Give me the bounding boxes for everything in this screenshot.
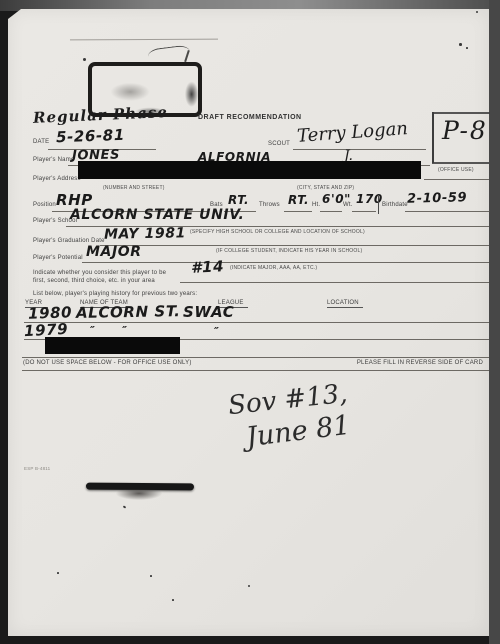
ink-dot	[150, 575, 152, 577]
ink-dot	[83, 58, 86, 61]
history-row-1980-team: ALCORN ST.	[76, 302, 181, 322]
scan-smudge-blob	[116, 489, 162, 500]
throws-value: RT.	[288, 193, 309, 207]
school-value: ALCORN STATE UNIV.	[70, 207, 244, 223]
ink-dot	[466, 47, 468, 49]
ink-dot	[57, 572, 59, 574]
footer-bottom-rule	[22, 370, 489, 371]
address-redaction-bar	[78, 161, 421, 179]
office-box-top-rule	[432, 112, 490, 114]
choice-label-line1: Indicate whether you consider this playe…	[33, 270, 166, 276]
birthdate-underline	[405, 211, 490, 212]
footer-office-note: (DO NOT USE SPACE BELOW - FOR OFFICE USE…	[23, 360, 192, 366]
graduation-value: MAY 1981	[104, 225, 186, 242]
graduation-hint: (IF COLLEGE STUDENT, INDICATE HIS YEAR I…	[216, 248, 362, 254]
position-label: Position	[33, 202, 56, 208]
height-label: Ht.	[312, 202, 320, 208]
history-row-1979-team-ditto: ″ ″	[90, 324, 128, 337]
player-name-label: Player's Name	[33, 157, 74, 163]
ink-dot	[172, 599, 174, 601]
office-code: P-8	[442, 116, 488, 145]
choice-label-line2: first, second, third choice, etc. in you…	[33, 278, 155, 284]
weight-label: Wt.	[343, 202, 353, 208]
history-row-1980-league: SWAC	[183, 303, 234, 321]
potential-underline	[82, 262, 489, 263]
history-row-1979-league-ditto: ″	[214, 325, 220, 338]
ink-dot	[459, 43, 462, 46]
ink-dot	[248, 585, 250, 587]
footer-reverse-note: PLEASE FILL IN REVERSE SIDE OF CARD	[330, 360, 483, 366]
footer-top-rule	[22, 357, 489, 358]
office-box-left-rule	[432, 112, 434, 163]
address-hint-street: (NUMBER AND STREET)	[103, 185, 165, 191]
throws-label: Throws	[259, 202, 280, 208]
ink-dot	[476, 11, 478, 13]
player-address-label: Player's Address	[33, 176, 81, 182]
choice-value: #14	[191, 257, 225, 277]
form-number: ESP B-4811	[24, 466, 50, 471]
birthdate-value: 2-10-59	[407, 190, 468, 207]
graduation-underline	[100, 245, 489, 246]
date-label: DATE	[33, 139, 49, 145]
history-row-1980-underline	[24, 322, 489, 323]
potential-value: MAJOR	[86, 244, 142, 260]
office-box-bottom-rule	[432, 162, 489, 164]
potential-label: Player's Potential	[33, 255, 83, 261]
office-use-caption: (OFFICE USE)	[438, 167, 474, 173]
address-hint-city: (CITY, STATE AND ZIP)	[297, 185, 354, 191]
school-hint: (SPECIFY HIGH SCHOOL OR COLLEGE AND LOCA…	[190, 229, 365, 235]
card-title: DRAFT RECOMMENDATION	[198, 114, 302, 121]
bats-value: RT.	[228, 193, 249, 207]
birthdate-divider	[378, 196, 379, 214]
choice-underline	[180, 282, 489, 283]
throws-underline	[284, 211, 312, 212]
scan-frame-right	[489, 0, 500, 644]
address-underline-right	[424, 179, 489, 180]
date-value: 5-26-81	[56, 126, 125, 146]
potential-hint: (INDICATE MAJOR, AAA, AA, ETC.)	[230, 265, 317, 271]
birthdate-label: Birthdate	[382, 202, 408, 208]
height-underline	[320, 211, 342, 212]
history-col-location: LOCATION	[327, 300, 363, 308]
scout-underline	[293, 149, 426, 150]
scanned-card-screenshot: Regular Phase DRAFT RECOMMENDATION P-8 (…	[0, 0, 500, 644]
history-intro: List below, player's playing history for…	[33, 291, 197, 297]
weight-underline	[352, 211, 376, 212]
scout-label: SCOUT	[268, 141, 290, 147]
history-redaction-bar	[45, 337, 180, 354]
